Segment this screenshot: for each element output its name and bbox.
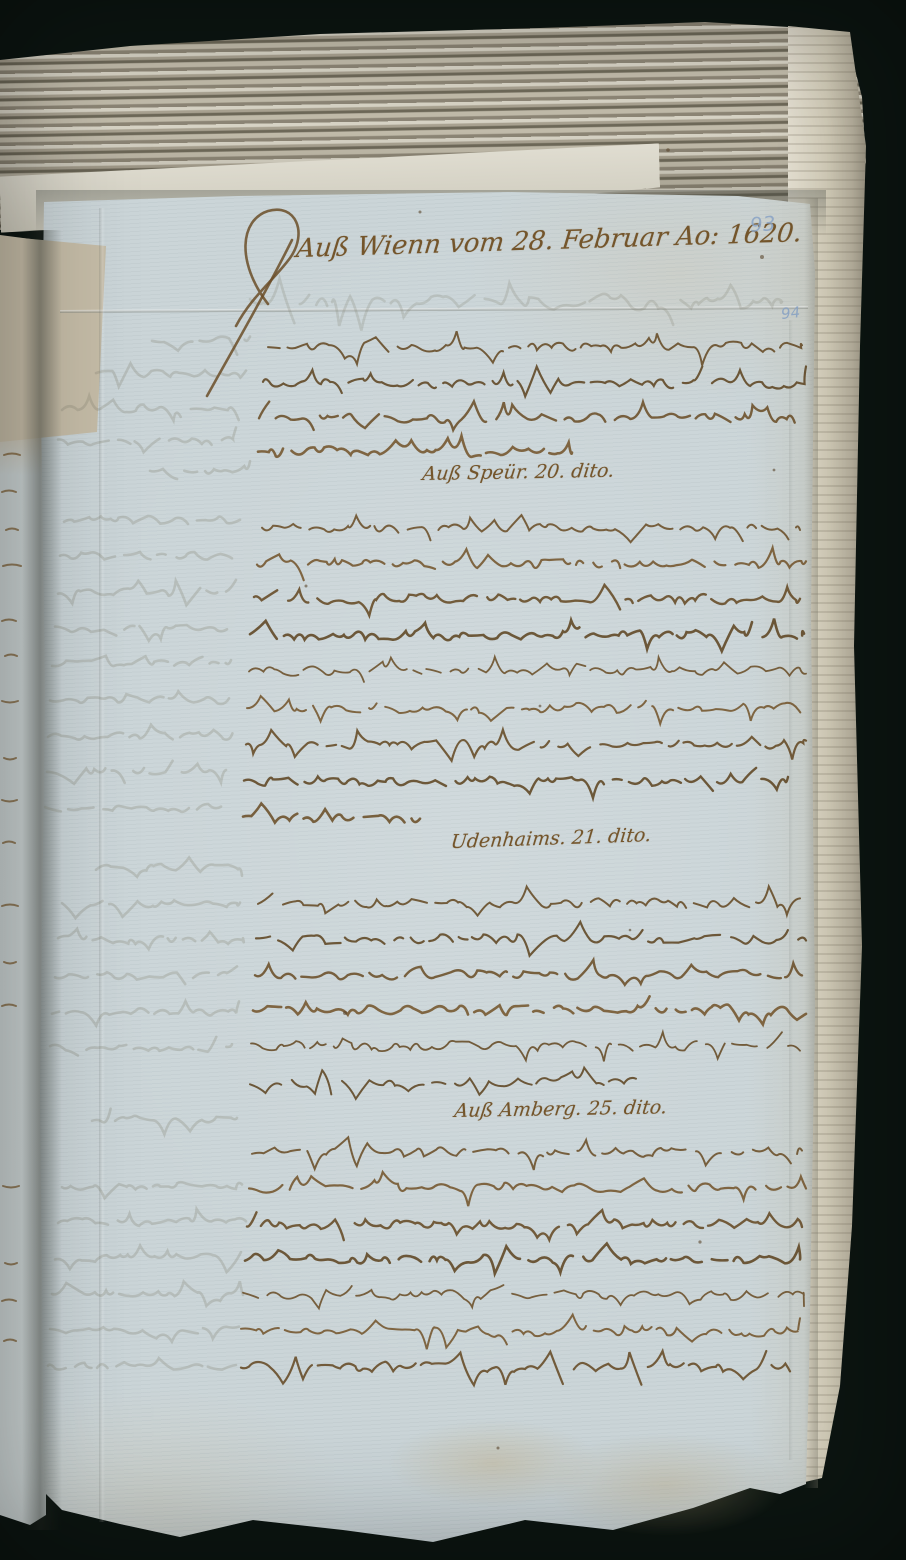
manuscript-photo: Auß Wienn vom 28. Februar Ao: 1620. Auß … xyxy=(0,0,906,1560)
body-handwriting xyxy=(241,331,806,1385)
ink-specks xyxy=(305,148,776,1449)
section-heading-amberg: Auß Amberg. 25. dito. xyxy=(453,1096,668,1122)
folio-number-93: 93 xyxy=(749,211,776,237)
section-heading-speyer: Auß Speür. 20. dito. xyxy=(421,460,615,485)
folio-number-94: 94 xyxy=(780,303,801,323)
margin-ink-marks xyxy=(2,454,21,1342)
initial-letter-flourish xyxy=(207,210,299,396)
